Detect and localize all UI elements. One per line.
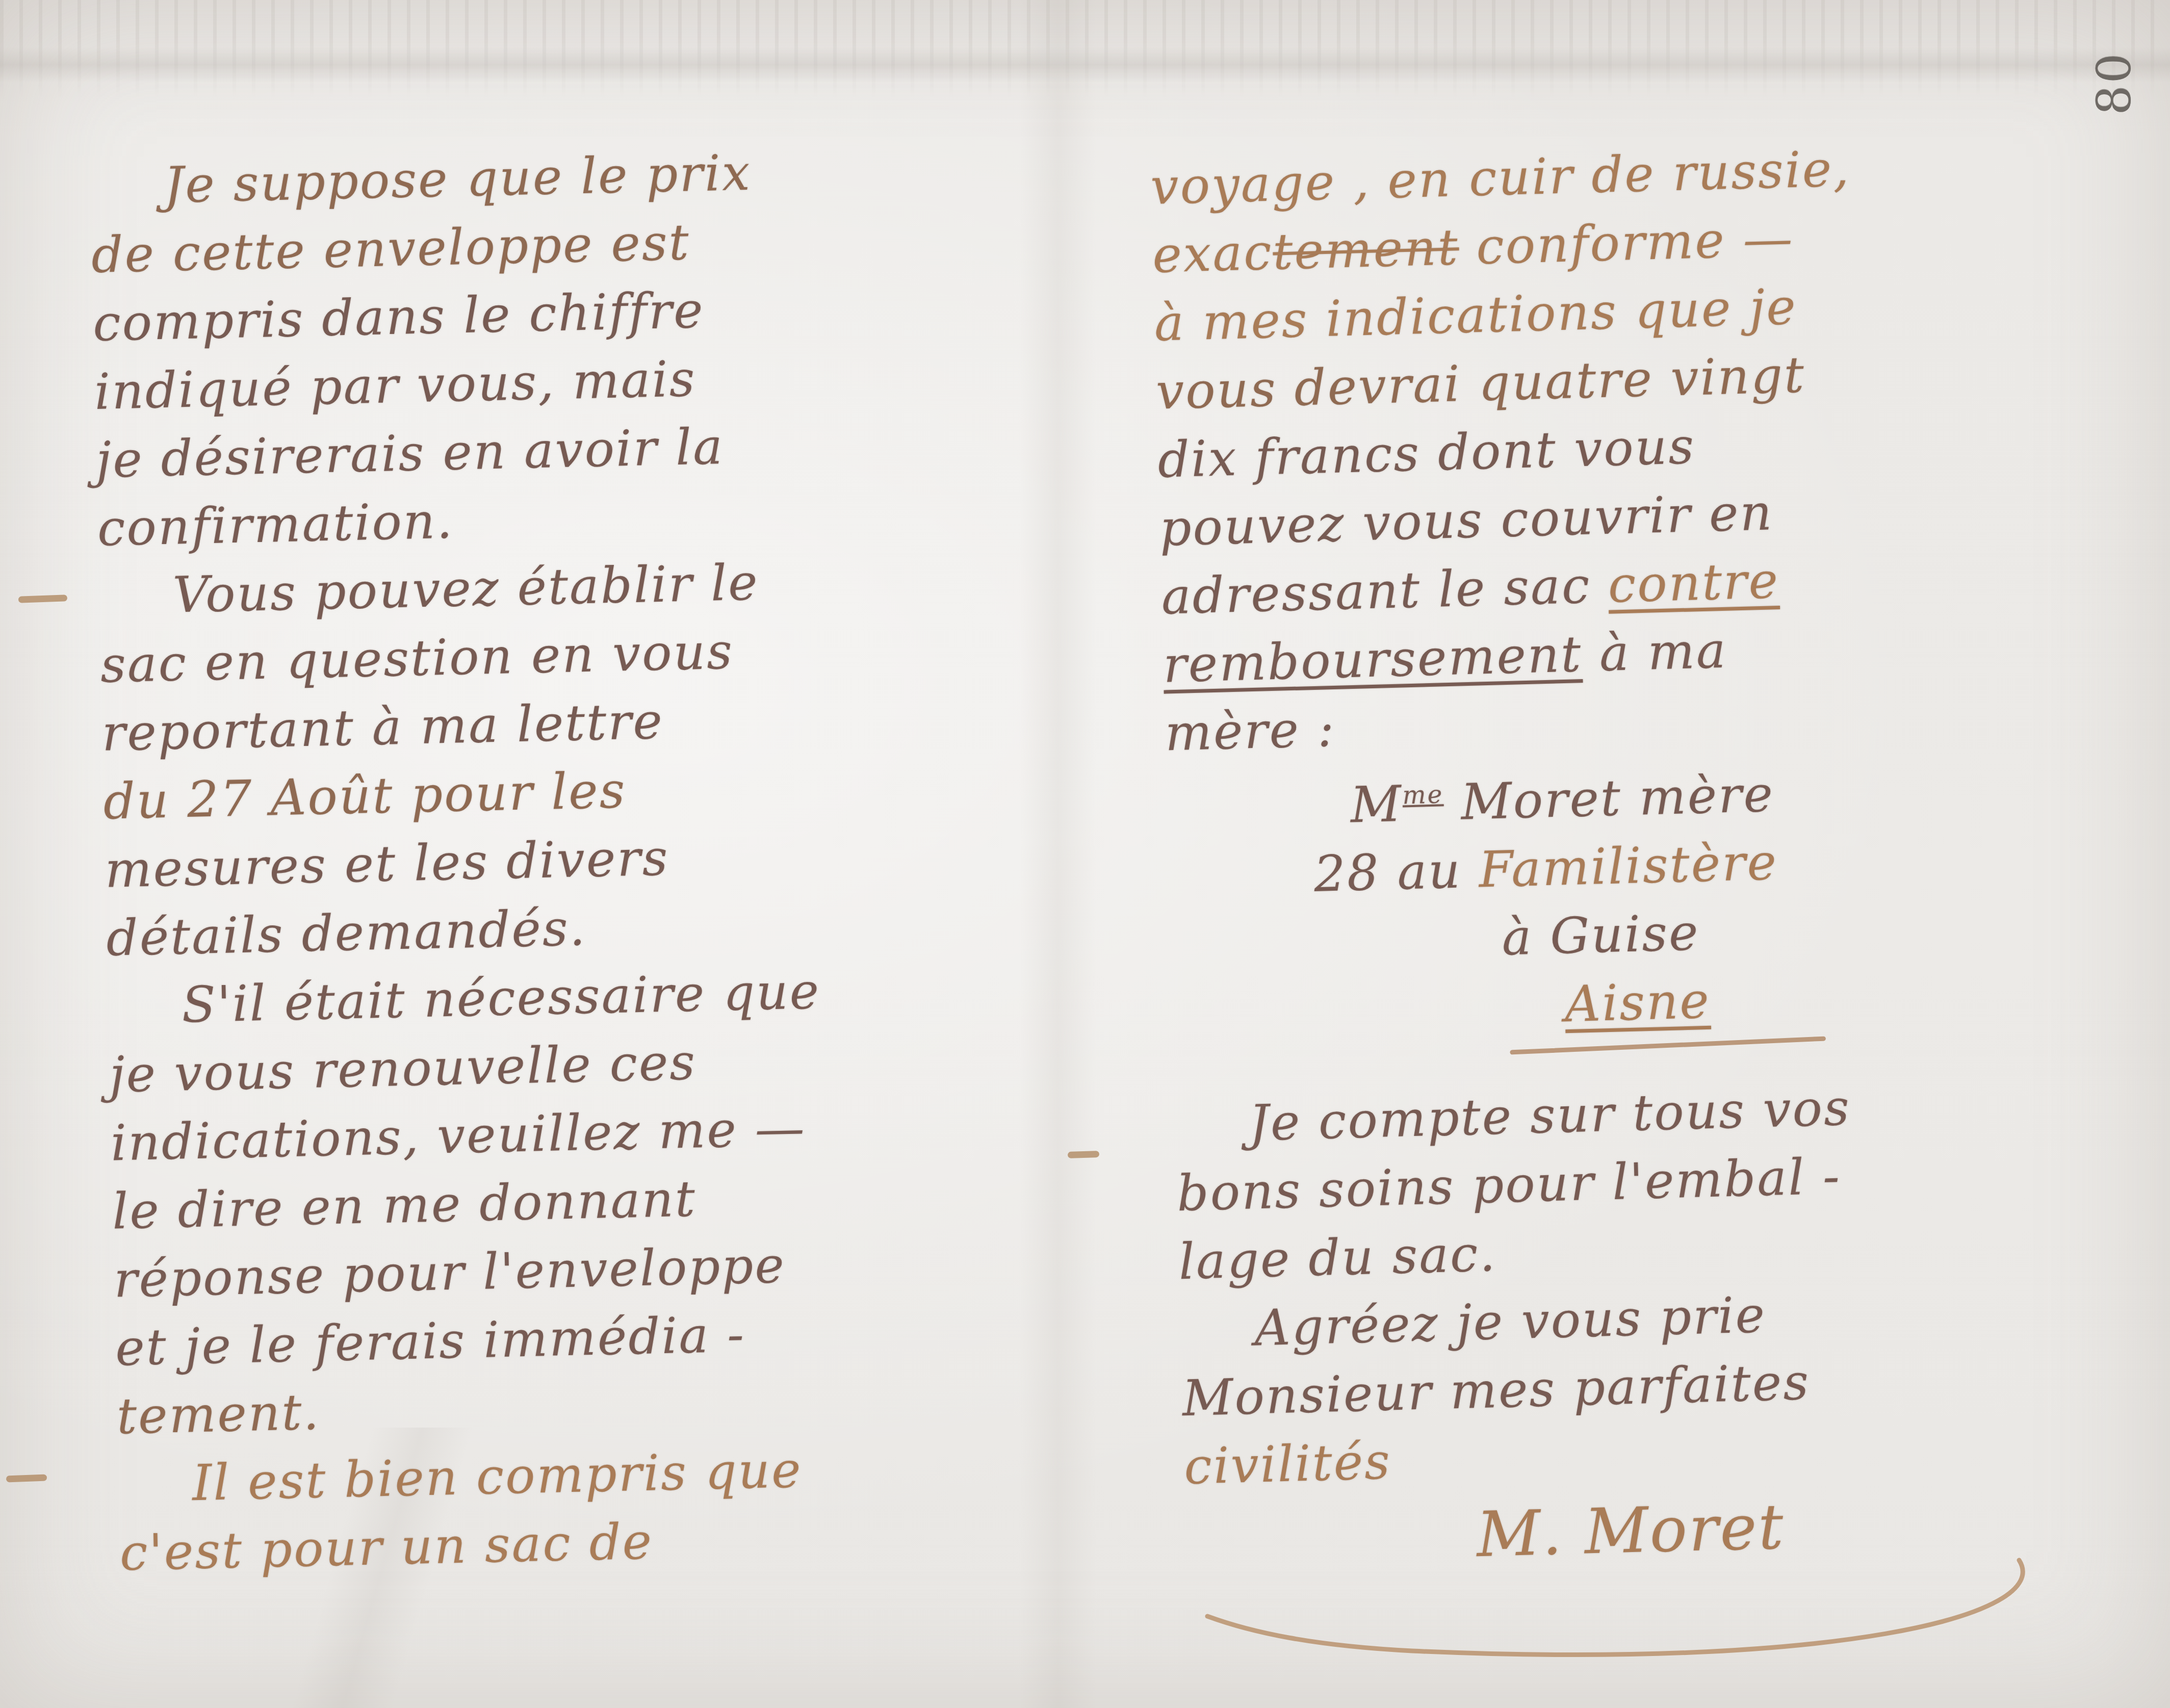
text-run: je désirerais en avoir la — [95, 418, 725, 489]
text-run: M — [1350, 775, 1403, 834]
text-run: tement. — [116, 1383, 321, 1445]
text-run: Il est bien compris que — [192, 1441, 803, 1512]
text-run: du 27 Août pour les — [103, 761, 627, 830]
text-run: vous devrai quatre vingt — [1155, 346, 1806, 421]
text-run: civilités — [1183, 1433, 1392, 1496]
text-run: Agréez je vous prie — [1254, 1286, 1767, 1357]
text-run: compris dans le chiffre — [92, 281, 705, 352]
text-run: Moret mère — [1443, 765, 1775, 832]
text-run: indiqué par vous, mais — [94, 350, 696, 421]
page-number-stamp: 80 — [2066, 30, 2163, 137]
paper-crease — [0, 47, 2170, 83]
text-run: remboursement — [1162, 625, 1583, 693]
paper-crease — [0, 0, 2170, 97]
left-column: Je suppose que le prixde cette enveloppe… — [89, 132, 1099, 1587]
text-run: voyage , en cuir de russie, — [1150, 140, 1851, 216]
text-run: détails demandés. — [106, 899, 587, 967]
text-run: adressant le sac — [1160, 556, 1609, 626]
margin-dash-mark — [18, 594, 67, 603]
text-run: reportant à ma lettre — [101, 692, 664, 762]
text-run: confirmation. — [97, 492, 454, 557]
right-column: voyage , en cuir de russie,exactement co… — [1150, 126, 2170, 1576]
page-number: 80 — [2087, 51, 2141, 115]
text-run: S'il était nécessaire que — [181, 962, 821, 1033]
text-run: de cette enveloppe est — [91, 213, 691, 284]
text-run: Vous pouvez établir le — [172, 554, 760, 624]
text-run: Je compte sur tous vos — [1248, 1079, 1851, 1152]
text-run: conforme — — [1458, 210, 1795, 276]
text-run: à Guise — [1501, 904, 1700, 967]
text-run: dix francs dont vous — [1157, 417, 1696, 489]
text-run: à mes indications que je — [1153, 278, 1798, 352]
text-run: sac en question en vous — [100, 623, 734, 694]
text-run: M. Moret — [1476, 1491, 1786, 1571]
text-run: lage du sac. — [1178, 1225, 1497, 1290]
letter-page: 80 Je suppose que le prixde cette envelo… — [0, 0, 2170, 1708]
text-run: à ma — [1582, 622, 1728, 683]
margin-dash-mark — [6, 1474, 47, 1483]
text-run: et je le ferais immédia - — [115, 1305, 746, 1377]
underline-flourish — [1510, 1037, 1826, 1055]
text-run: c'est pour un sac de — [119, 1513, 654, 1582]
text-run: je vous renouvelle ces — [109, 1033, 697, 1103]
margin-dash-mark — [1068, 1151, 1099, 1158]
text-run: Familistère — [1478, 834, 1778, 899]
text-run: le dire en me donnant — [112, 1170, 697, 1240]
text-run: bons soins pour l'embal - — [1176, 1148, 1842, 1223]
text-run: Aisne — [1564, 972, 1712, 1033]
text-run: contre — [1607, 552, 1780, 614]
text-run: tement — [1272, 218, 1460, 281]
text-run: réponse pour l'enveloppe — [113, 1236, 786, 1309]
text-run: pouvez vous couvrir en — [1159, 483, 1774, 557]
text-run: exac — [1152, 223, 1274, 284]
text-run: me — [1402, 780, 1444, 810]
text-run: Monsieur mes parfaites — [1181, 1353, 1811, 1427]
text-run: indications, veuillez me — — [110, 1099, 807, 1172]
text-run: mesures et les divers — [104, 829, 669, 899]
text-run: mère : — [1164, 700, 1336, 762]
text-run: Je suppose que le prix — [163, 144, 752, 214]
text-run: 28 au — [1313, 841, 1480, 903]
